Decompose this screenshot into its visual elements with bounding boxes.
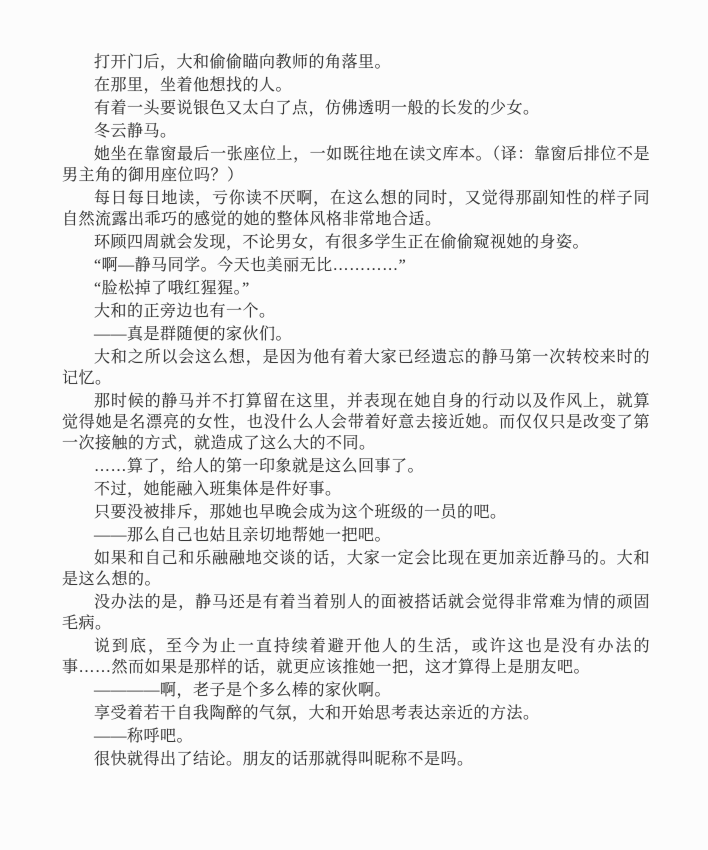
- paragraph: 大和的正旁边也有一个。: [62, 301, 650, 322]
- paragraph: ——那么自己也姑且亲切地帮她一把吧。: [62, 525, 650, 546]
- paragraph: 享受着若干自我陶醉的气氛，大和开始思考表达亲近的方法。: [62, 703, 650, 724]
- paragraph: ——称呼吧。: [62, 726, 650, 747]
- paragraph: “啊—静马同学。今天也美丽无比…………”: [62, 255, 650, 276]
- paragraph: ——真是群随便的家伙们。: [62, 324, 650, 345]
- paragraph: ————啊，老子是个多么棒的家伙啊。: [62, 680, 650, 701]
- paragraph: 只要没被排斥，那她也早晚会成为这个班级的一员的吧。: [62, 502, 650, 523]
- paragraph: 如果和自己和乐融融地交谈的话，大家一定会比现在更加亲近静马的。大和是这么想的。: [62, 548, 650, 590]
- paragraph: 那时候的静马并不打算留在这里，并表现在她自身的行动以及作风上，就算觉得她是名漂亮…: [62, 391, 650, 454]
- paragraph: 没办法的是，静马还是有着当着别人的面被搭话就会觉得非常难为情的顽固毛病。: [62, 592, 650, 634]
- paragraph: “脸松掉了哦红猩猩。”: [62, 278, 650, 299]
- paragraph: 大和之所以会这么想，是因为他有着大家已经遗忘的静马第一次转校来时的记忆。: [62, 347, 650, 389]
- paragraph: 她坐在靠窗最后一张座位上，一如既往地在读文库本。（译：靠窗后排位不是男主角的御用…: [62, 144, 650, 186]
- paragraph: 每日每日地读，亏你读不厌啊，在这么想的同时，又觉得那副知性的样子同自然流露出乖巧…: [62, 188, 650, 230]
- paragraph: 环顾四周就会发现，不论男女，有很多学生正在偷偷窥视她的身姿。: [62, 232, 650, 253]
- paragraph: ……算了，给人的第一印象就是这么回事了。: [62, 456, 650, 477]
- paragraph: 在那里，坐着他想找的人。: [62, 75, 650, 96]
- paragraph: 冬云静马。: [62, 121, 650, 142]
- scanned-novel-page: 打开门后，大和偷偷瞄向教师的角落里。 在那里，坐着他想找的人。 有着一头要说银色…: [0, 0, 708, 850]
- paragraph: 打开门后，大和偷偷瞄向教师的角落里。: [62, 52, 650, 73]
- paragraph: 不过，她能融入班集体是件好事。: [62, 479, 650, 500]
- paragraph: 有着一头要说银色又太白了点，仿佛透明一般的长发的少女。: [62, 98, 650, 119]
- paragraph: 说到底，至今为止一直持续着避开他人的生活，或许这也是没有办法的事……然而如果是那…: [62, 636, 650, 678]
- paragraph: 很快就得出了结论。朋友的话那就得叫昵称不是吗。: [62, 749, 650, 770]
- text-content: 打开门后，大和偷偷瞄向教师的角落里。 在那里，坐着他想找的人。 有着一头要说银色…: [62, 52, 650, 772]
